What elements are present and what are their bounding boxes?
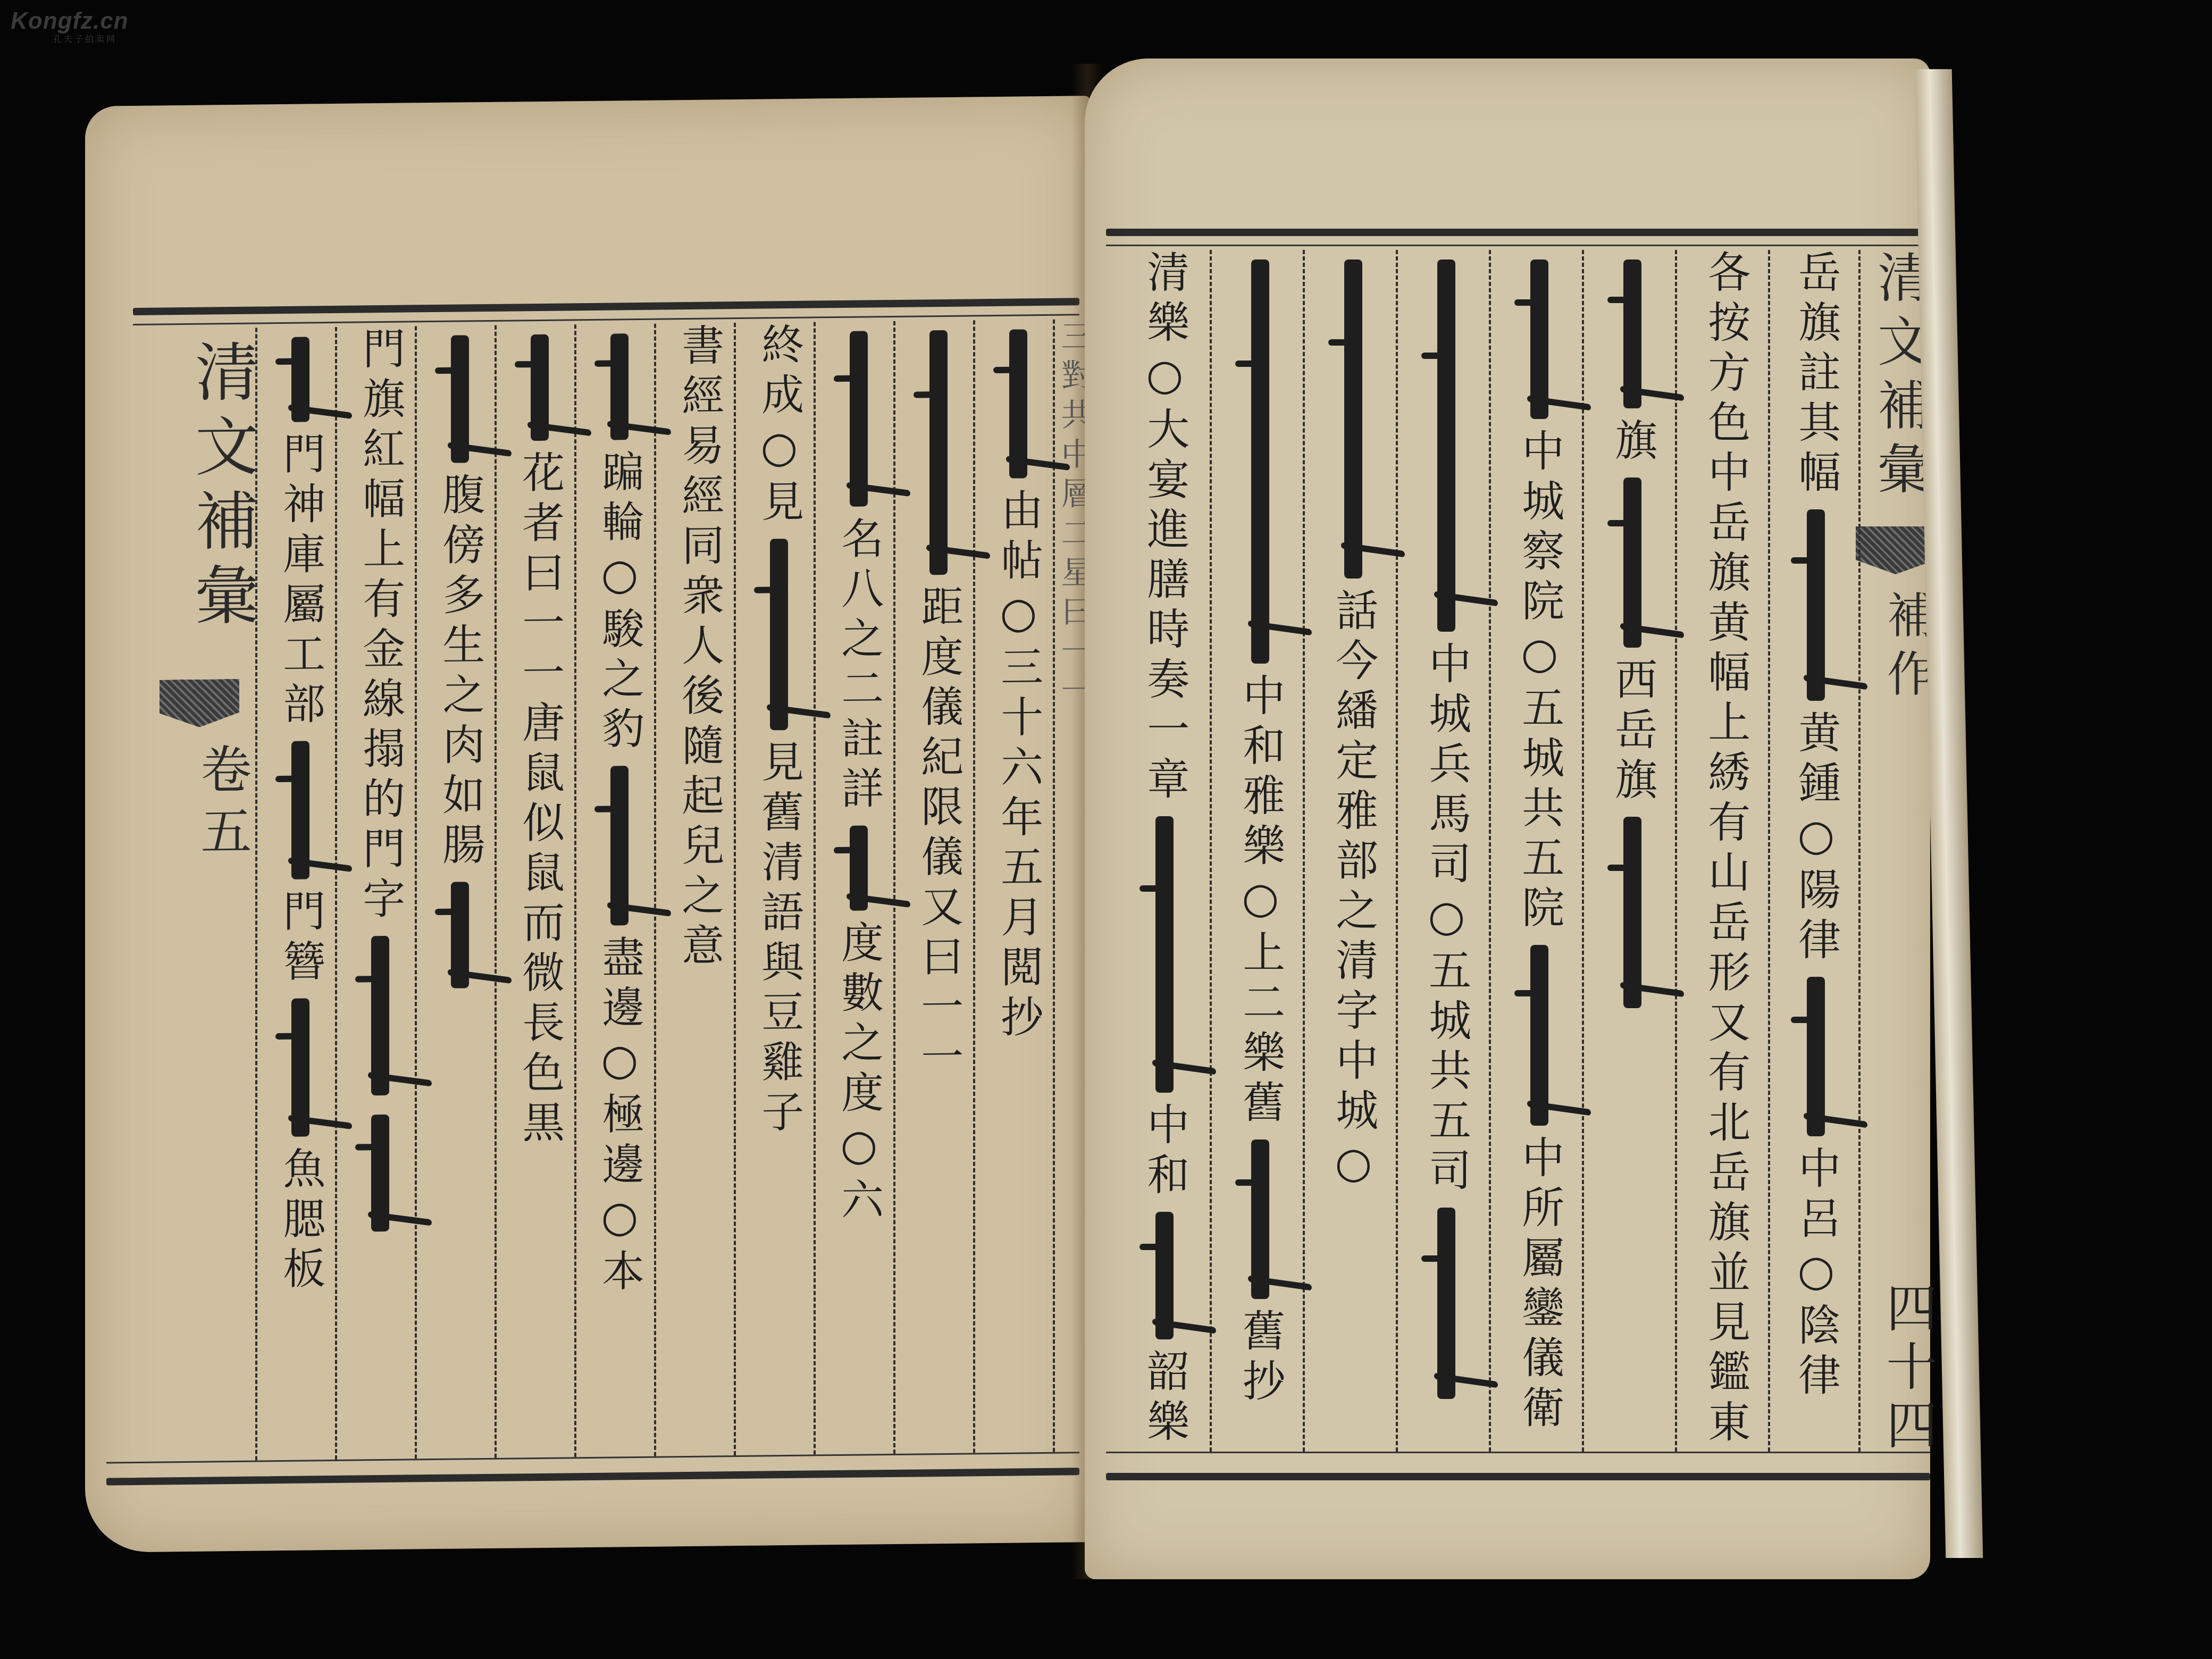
manchu-word [1623, 259, 1641, 408]
left-column-9b: 蹁輪○駿之豹 盡邊○極邊○本 [585, 324, 654, 1299]
entry-text: 腹傍多生之肉如腸 [438, 472, 482, 873]
manchu-word [1251, 259, 1269, 664]
entry-text: 盡邊○極邊○本 [598, 935, 641, 1299]
volume-label: 卷五 [186, 742, 259, 866]
entry-text: 中城兵馬司○ [1425, 641, 1468, 948]
manchu-word [1344, 259, 1362, 579]
entry-text: 見舊清語與 [757, 740, 801, 990]
entry-text: 清樂○大宴進 [1143, 250, 1186, 557]
manchu-word [531, 334, 549, 441]
manchu-word [451, 335, 469, 463]
folio-number: 四十四 [1872, 1281, 1945, 1457]
entry-text: 旗 [1611, 418, 1654, 468]
entry-text: 話今繙定雅部之清字 [1331, 588, 1375, 1038]
entry-text: 紀限儀又曰一一 [917, 734, 960, 1085]
manchu-word [770, 539, 788, 730]
manchu-word [1807, 509, 1825, 701]
right-column-7b: 話今繙定雅部之清字 中城○ [1311, 250, 1396, 1195]
left-column-11: 門神庫 屬工部 門簪 魚腮板 [266, 327, 335, 1296]
entry-text: 五城共五院 [1518, 685, 1561, 935]
entry-text: 豆雞子 [757, 990, 801, 1140]
manchu-word [1437, 259, 1455, 632]
manchu-word [850, 331, 868, 506]
left-page: 清文補彙 卷五 門神庫 屬工部 門簪 魚腮板 門旗紅幅上有 金線搨的門字 [85, 96, 1090, 1553]
entry-text: 中和 [1143, 1102, 1186, 1202]
bottom-border-rule [106, 1468, 1079, 1485]
entry-text: 門簪 [279, 889, 322, 989]
entry-text: 門神庫 [279, 431, 322, 582]
entry-text: 北岳旗並見鑑東 [1704, 1100, 1747, 1449]
left-column-10b: 腹傍多生之肉如腸 [425, 325, 495, 998]
entry-text: 中呂○陰律 [1794, 1146, 1838, 1403]
left-column-9: 花者曰一一 唐鼠似鼠而微長色黒 [505, 324, 574, 1150]
manchu-word [1530, 945, 1548, 1126]
left-column-8: 書經易經 同衆人後隨起兒之意 [665, 323, 734, 973]
entry-text: 名八之二 [837, 516, 881, 716]
manchu-word [929, 330, 948, 575]
right-text-frame: 清樂○大宴進 膳時奏一章 中和 韶樂 中和雅樂○上二樂舊 舊抄 話今繙定雅部之清… [1117, 250, 1861, 1452]
entry-text: 書經易經 [677, 323, 721, 523]
entry-text: 膳時奏一章 [1143, 557, 1186, 807]
entry-text: 黄鍾○陽律 [1794, 710, 1838, 967]
right-page: 清文補彙 補作 四十四 清樂○大宴進 膳時奏一章 中和 韶樂 中和雅樂○上二樂舊… [1085, 58, 1930, 1579]
right-column-5: 中城察院○ 五城共五院 中所屬 鑾儀衛 [1497, 250, 1582, 1435]
top-inner-rule [1106, 245, 1930, 246]
manchu-word [1623, 817, 1641, 1008]
manchu-word [1155, 816, 1174, 1093]
entry-text: 各按方色 [1704, 250, 1747, 450]
left-text-frame: 門神庫 屬工部 門簪 魚腮板 門旗紅幅上有 金線搨的門字 腹傍多生之肉如腸 花者… [255, 319, 1085, 1460]
entry-text: 魚腮板 [279, 1146, 322, 1296]
manchu-word [371, 936, 389, 1095]
manchu-word [850, 825, 868, 910]
manchu-word [1530, 259, 1548, 419]
entry-text: 同衆人後隨起兒之意 [677, 523, 721, 973]
manchu-word [291, 741, 309, 879]
entry-text: 唐鼠似鼠而微長色黒 [518, 700, 562, 1151]
entry-text: 中城○ [1331, 1038, 1375, 1195]
entry-text: 岳旗註其幅 [1794, 250, 1838, 500]
bottom-inner-rule [1106, 1452, 1930, 1453]
entry-text: 中和雅樂○上二樂舊 [1238, 673, 1282, 1130]
manchu-word [1807, 977, 1825, 1136]
manchu-word [291, 337, 309, 422]
site-watermark: Kongfz.cn 孔夫子拍卖网 [11, 8, 129, 45]
entry-text: 門旗紅幅上有 [358, 326, 402, 627]
entry-text: 由帖○三十六 [996, 488, 1040, 795]
right-column-7: 中和雅樂○上二樂舊 舊抄 [1218, 250, 1303, 1409]
entry-text: 韶樂 [1143, 1349, 1186, 1449]
manchu-word [1623, 477, 1641, 648]
right-column-2: 岳旗註其幅 黄鍾○陽律 中呂○陰律 [1776, 250, 1856, 1403]
entry-text: 西岳旗 [1611, 657, 1654, 807]
left-column-5: 距度儀 紀限儀又曰一一 [904, 320, 973, 1084]
entry-text: 花者曰一一 [518, 450, 562, 701]
entry-text: 註詳 [837, 716, 881, 816]
manchu-word [451, 882, 469, 988]
entry-text: 五城共五司 [1425, 948, 1468, 1198]
left-column-10: 門旗紅幅上有 金線搨的門字 [346, 326, 415, 1241]
right-column-8: 清樂○大宴進 膳時奏一章 中和 韶樂 [1122, 250, 1207, 1449]
manchu-word [1155, 1212, 1174, 1339]
entry-text: 年五月閲抄 [996, 794, 1040, 1045]
manchu-word [1009, 329, 1027, 478]
entry-text: 終成○見 [757, 322, 801, 530]
entry-text: 距度儀 [917, 584, 960, 735]
left-column-6: 名八之二 註詳 度數之度○六 [824, 321, 893, 1227]
bottom-border-rule [1106, 1473, 1930, 1480]
manchu-word [291, 998, 309, 1136]
entry-text: 金線搨的門字 [358, 626, 402, 927]
right-column-4: 旗 西岳旗 [1590, 250, 1675, 1018]
book-title: 清文補彙 [175, 338, 267, 637]
top-border-rule [133, 298, 1079, 315]
manchu-word [610, 333, 629, 440]
entry-text: 屬工部 [279, 581, 322, 732]
entry-text: 中所屬 [1518, 1135, 1561, 1285]
manchu-word [371, 1115, 389, 1231]
top-border-rule [1106, 229, 1930, 236]
watermark-subtitle: 孔夫子拍卖网 [53, 32, 129, 45]
left-column-7: 終成○見 見舊清語與 豆雞子 [744, 322, 814, 1140]
manchu-word [610, 766, 629, 925]
left-column-3: 由帖○三十六 年五月閲抄 [984, 320, 1053, 1045]
watermark-brand: Kongfz.cn [11, 8, 129, 34]
fishtail-ornament [160, 679, 239, 728]
entry-text: 度數之度○六 [837, 920, 881, 1227]
manchu-word [1251, 1139, 1269, 1299]
right-column-6: 中城兵馬司○ 五城共五司 [1404, 250, 1489, 1409]
right-column-3: 各按方色 中岳旗黄幅上綉有山岳形又有 北岳旗並見鑑東 [1683, 250, 1768, 1449]
manchu-word [1437, 1208, 1455, 1399]
entry-text: 鑾儀衛 [1518, 1285, 1561, 1435]
entry-text: 蹁輪○駿之豹 [598, 449, 641, 757]
entry-text: 中城察院○ [1518, 429, 1561, 685]
entry-text: 中岳旗黄幅上綉有山岳形又有 [1704, 450, 1747, 1100]
fishtail-ornament [1856, 526, 1935, 574]
entry-text: 舊抄 [1238, 1309, 1282, 1409]
